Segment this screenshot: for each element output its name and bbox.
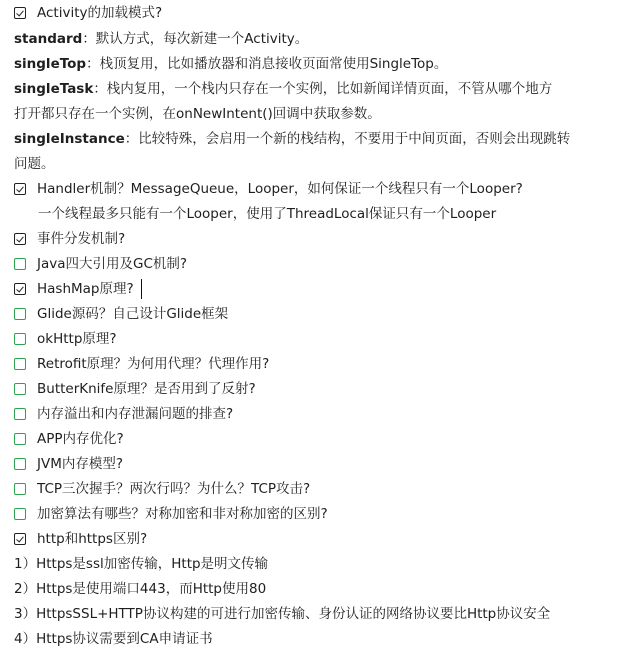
todo-tcp: TCP三次握手？两次行吗？为什么？TCP攻击?	[14, 479, 310, 499]
todo-text: Glide源码？自己设计Glide框架	[37, 304, 228, 324]
https-point-4: 4）Https协议需要到CA申请证书	[14, 629, 213, 649]
todo-text: JVM内存模型?	[37, 454, 123, 474]
paragraph-singletop: singleTop：栈顶复用，比如播放器和消息接收页面常使用SingleTop。	[14, 54, 447, 74]
checkbox-checked-icon[interactable]	[14, 183, 26, 195]
checkbox-unchecked-icon[interactable]	[14, 333, 26, 345]
checkbox-unchecked-icon[interactable]	[14, 308, 26, 320]
todo-text: 内存溢出和内存泄漏问题的排查?	[37, 404, 233, 424]
checkbox-unchecked-icon[interactable]	[14, 458, 26, 470]
paragraph-text: 一个线程最多只能有一个Looper，使用了ThreadLocal保证只有一个Lo…	[38, 206, 496, 222]
todo-handler: Handler机制？MessageQueue，Looper，如何保证一个线程只有…	[14, 179, 523, 199]
checkbox-checked-icon[interactable]	[14, 233, 26, 245]
paragraph-text: ：栈内复用，一个栈内只存在一个实例，比如新闻详情页面，不管从哪个地方	[93, 81, 552, 97]
keyword: singleTask	[14, 81, 93, 97]
text-cursor	[141, 279, 142, 299]
todo-activity-launch-modes: Activity的加载模式?	[14, 3, 162, 23]
todo-text: APP内存优化?	[37, 429, 124, 449]
paragraph-text: 2）Https是使用端口443，而Http使用80	[14, 581, 266, 597]
todo-glide: Glide源码？自己设计Glide框架	[14, 304, 228, 324]
todo-event-dispatch: 事件分发机制?	[14, 229, 125, 249]
todo-http-https: http和https区别?	[14, 529, 147, 549]
checkbox-unchecked-icon[interactable]	[14, 358, 26, 370]
paragraph-text: 1）Https是ssl加密传输，Http是明文传输	[14, 556, 268, 572]
todo-text: 事件分发机制?	[37, 229, 125, 249]
todo-text: Java四大引用及GC机制?	[37, 254, 187, 274]
handler-answer: 一个线程最多只能有一个Looper，使用了ThreadLocal保证只有一个Lo…	[38, 204, 496, 224]
keyword: singleInstance	[14, 131, 125, 147]
https-point-2: 2）Https是使用端口443，而Http使用80	[14, 579, 266, 599]
paragraph-text: 3）HttpsSSL+HTTP协议构建的可进行加密传输、身份认证的网络协议要比H…	[14, 606, 550, 622]
paragraph-singleinstance: singleInstance：比较特殊，会启用一个新的栈结构，不要用于中间页面，…	[14, 129, 570, 149]
checkbox-unchecked-icon[interactable]	[14, 508, 26, 520]
checkbox-unchecked-icon[interactable]	[14, 383, 26, 395]
todo-crypto: 加密算法有哪些？对称加密和非对称加密的区别?	[14, 504, 328, 524]
todo-java-references: Java四大引用及GC机制?	[14, 254, 187, 274]
checkbox-unchecked-icon[interactable]	[14, 258, 26, 270]
keyword: standard	[14, 31, 82, 47]
todo-text: http和https区别?	[37, 529, 147, 549]
checkbox-checked-icon[interactable]	[14, 533, 26, 545]
todo-text: Retrofit原理？为何用代理？代理作用?	[37, 354, 269, 374]
https-point-1: 1）Https是ssl加密传输，Http是明文传输	[14, 554, 268, 574]
checkbox-unchecked-icon[interactable]	[14, 408, 26, 420]
https-point-3: 3）HttpsSSL+HTTP协议构建的可进行加密传输、身份认证的网络协议要比H…	[14, 604, 550, 624]
paragraph-text: ：默认方式，每次新建一个Activity。	[82, 31, 308, 47]
paragraph-text: 4）Https协议需要到CA申请证书	[14, 631, 213, 647]
paragraph-singletask-continued: 打开都只存在一个实例，在onNewIntent()回调中获取参数。	[14, 104, 381, 124]
paragraph-text: 打开都只存在一个实例，在onNewIntent()回调中获取参数。	[14, 106, 381, 122]
todo-text: HashMap原理?	[37, 279, 134, 299]
checkbox-unchecked-icon[interactable]	[14, 483, 26, 495]
todo-text: 加密算法有哪些？对称加密和非对称加密的区别?	[37, 504, 328, 524]
keyword: singleTop	[14, 56, 86, 72]
todo-okhttp: okHttp原理?	[14, 329, 117, 349]
paragraph-text: ：栈顶复用，比如播放器和消息接收页面常使用SingleTop。	[86, 56, 447, 72]
todo-text: ButterKnife原理？是否用到了反射?	[37, 379, 256, 399]
todo-app-memory: APP内存优化?	[14, 429, 124, 449]
paragraph-standard: standard：默认方式，每次新建一个Activity。	[14, 29, 308, 49]
todo-text: Activity的加载模式?	[37, 3, 162, 23]
checkbox-checked-icon[interactable]	[14, 7, 26, 19]
todo-hashmap: HashMap原理?	[14, 279, 142, 299]
todo-memory-leak: 内存溢出和内存泄漏问题的排查?	[14, 404, 233, 424]
checkbox-checked-icon[interactable]	[14, 283, 26, 295]
todo-text: TCP三次握手？两次行吗？为什么？TCP攻击?	[37, 479, 310, 499]
paragraph-singleinstance-continued: 问题。	[14, 154, 55, 174]
paragraph-text: ：比较特殊，会启用一个新的栈结构，不要用于中间页面，否则会出现跳转	[125, 131, 571, 147]
checkbox-unchecked-icon[interactable]	[14, 433, 26, 445]
todo-text: Handler机制？MessageQueue，Looper，如何保证一个线程只有…	[37, 179, 523, 199]
todo-retrofit: Retrofit原理？为何用代理？代理作用?	[14, 354, 269, 374]
todo-butterknife: ButterKnife原理？是否用到了反射?	[14, 379, 256, 399]
todo-text: okHttp原理?	[37, 329, 117, 349]
todo-jvm: JVM内存模型?	[14, 454, 123, 474]
paragraph-singletask: singleTask：栈内复用，一个栈内只存在一个实例，比如新闻详情页面，不管从…	[14, 79, 552, 99]
paragraph-text: 问题。	[14, 156, 55, 172]
